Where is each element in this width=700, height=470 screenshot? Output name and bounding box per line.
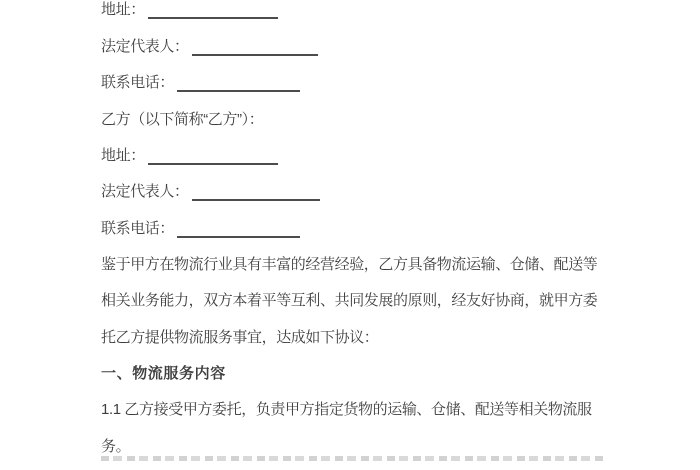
line-text: 法定代表人： (101, 35, 189, 56)
paragraph-line: 1.1 乙方接受甲方委托，负责甲方指定货物的运输、仓储、配送等相关物流服 (0, 391, 700, 427)
paragraph-line: 鉴于甲方在物流行业具有丰富的经营经验，乙方具备物流运输、仓储、配送等 (0, 245, 700, 281)
fill-in-field-line: 法定代表人： (0, 27, 700, 63)
paragraph-line: 相关业务能力，双方本着平等互利、共同发展的原则，经友好协商，就甲方委 (0, 282, 700, 318)
section-heading-line: 一、物流服务内容 (0, 354, 700, 390)
blank-underline (192, 186, 320, 201)
line-text: 托乙方提供物流服务事宜，达成如下协议： (101, 326, 378, 347)
paragraph-line: 乙方（以下简称“乙方”）： (0, 100, 700, 136)
fill-in-field-line: 联系电话： (0, 64, 700, 100)
fill-in-field-line: 联系电话： (0, 209, 700, 245)
line-text: 一、物流服务内容 (101, 362, 226, 383)
line-text: 务。 (101, 435, 130, 456)
blank-underline (148, 4, 278, 19)
line-text: 法定代表人： (101, 180, 189, 201)
document-lines: 地址： 法定代表人： 联系电话： 乙方（以下简称“乙方”）： 地址： 法定代表人… (0, 0, 700, 463)
line-text: 地址： (101, 0, 145, 19)
blank-underline (148, 150, 278, 165)
line-text: 地址： (101, 144, 145, 165)
paragraph-line: 托乙方提供物流服务事宜，达成如下协议： (0, 318, 700, 354)
fill-in-field-line: 法定代表人： (0, 173, 700, 209)
line-text: 1.1 乙方接受甲方委托，负责甲方指定货物的运输、仓储、配送等相关物流服 (101, 398, 592, 419)
cutoff-text-line (101, 456, 607, 461)
contract-document-page: 地址： 法定代表人： 联系电话： 乙方（以下简称“乙方”）： 地址： 法定代表人… (0, 0, 700, 461)
line-text: 联系电话： (101, 217, 174, 238)
line-text: 鉴于甲方在物流行业具有丰富的经营经验，乙方具备物流运输、仓储、配送等 (101, 253, 597, 274)
line-text: 相关业务能力，双方本着平等互利、共同发展的原则，经友好协商，就甲方委 (101, 289, 597, 310)
blank-underline (177, 223, 300, 238)
line-text: 联系电话： (101, 71, 174, 92)
blank-underline (192, 41, 318, 56)
fill-in-field-line: 地址： (0, 136, 700, 172)
blank-underline (177, 77, 300, 92)
fill-in-field-line: 地址： (0, 0, 700, 27)
line-text: 乙方（以下简称“乙方”）： (101, 108, 263, 129)
